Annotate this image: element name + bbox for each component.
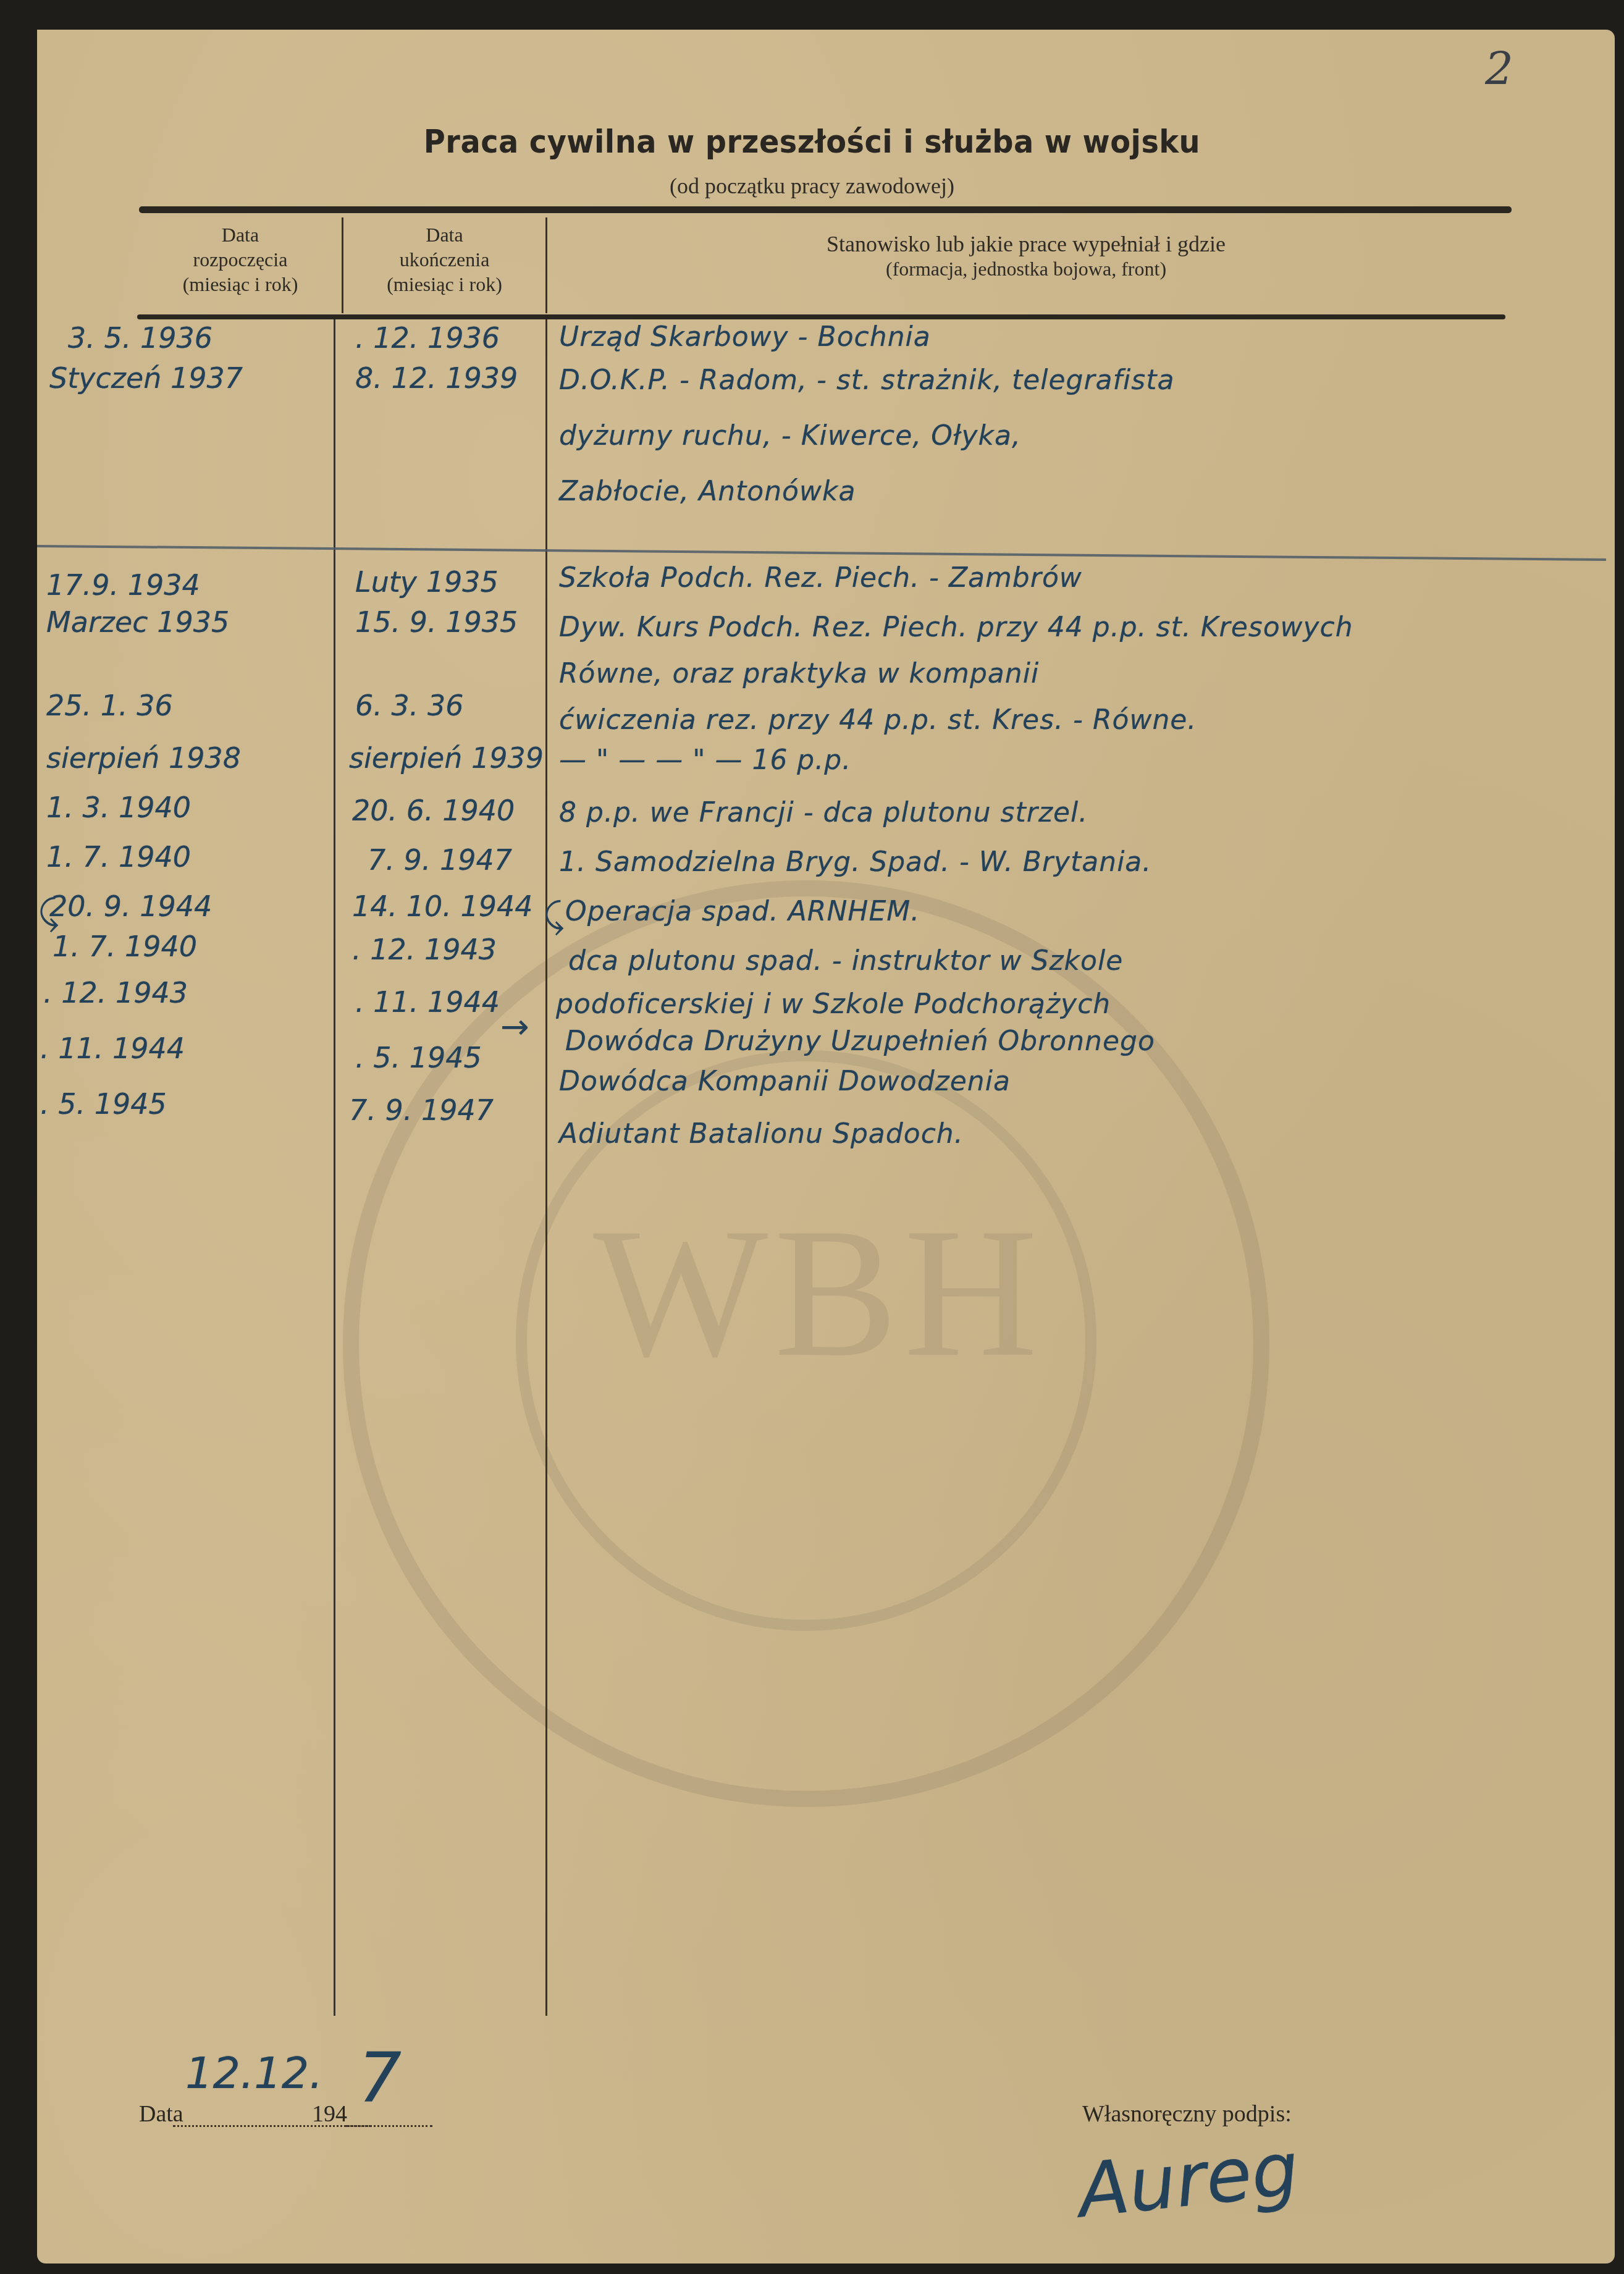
- position-description: 8 p.p. we Francji - dca plutonu strzel.: [559, 797, 1088, 828]
- header-bottom-rule: [137, 314, 1505, 319]
- start-date: . 12. 1943: [43, 976, 188, 1009]
- position-description: dyżurny ruchu, - Kiwerce, Ołyka,: [559, 420, 1021, 452]
- position-description: Adiutant Batalionu Spadoch.: [559, 1118, 964, 1150]
- start-date: . 11. 1944: [40, 1032, 185, 1065]
- pointer-arrow-icon: →: [500, 1007, 529, 1047]
- end-date: 14. 10. 1944: [352, 890, 533, 923]
- start-date: 20. 9. 1944: [49, 890, 212, 923]
- column-header-position: Stanowisko lub jakie prace wypełniał i g…: [547, 232, 1505, 281]
- column-header-line: rozpoczęcia: [139, 247, 342, 272]
- position-description: — " — — " — 16 p.p.: [559, 744, 851, 776]
- column-header-line: (miesiąc i rok): [139, 272, 342, 297]
- end-date: . 5. 1945: [355, 1041, 482, 1074]
- end-date: . 12. 1943: [352, 933, 497, 966]
- position-description: D.O.K.P. - Radom, - st. strażnik, telegr…: [559, 364, 1174, 396]
- column-header-line: Data: [343, 222, 545, 247]
- position-description: podoficerskiej i w Szkole Podchorążych: [556, 988, 1111, 1020]
- start-date: . 5. 1945: [40, 1087, 167, 1121]
- end-date: 7. 9. 1947: [349, 1093, 494, 1127]
- position-description: Dowódca Kompanii Dowodzenia: [559, 1066, 1011, 1097]
- position-description: ćwiczenia rez. przy 44 p.p. st. Kres. - …: [559, 704, 1197, 736]
- start-date: 1. 3. 1940: [46, 791, 191, 824]
- position-description: 1. Samodzielna Bryg. Spad. - W. Brytania…: [559, 846, 1151, 878]
- end-date: Luty 1935: [355, 565, 499, 599]
- end-date: 20. 6. 1940: [352, 794, 515, 827]
- date-dotted-line: [173, 2125, 432, 2127]
- page-number: 2: [1485, 43, 1513, 95]
- end-date: 15. 9. 1935: [355, 605, 518, 639]
- position-description: Urząd Skarbowy - Bochnia: [559, 321, 931, 353]
- bracket-arrow-icon: ⤹: [38, 893, 59, 933]
- date-label: Data: [139, 2100, 183, 2128]
- end-date: . 11. 1944: [355, 985, 500, 1019]
- end-date: sierpień 1939: [349, 741, 544, 775]
- position-description: Szkoła Podch. Rez. Piech. - Zambrów: [559, 562, 1082, 594]
- start-date: 1. 7. 1940: [46, 840, 191, 874]
- column-header-line: (miesiąc i rok): [343, 272, 545, 297]
- position-description: Równe, oraz praktyka w kompanii: [559, 658, 1039, 689]
- date-value: 12.12.: [185, 2048, 323, 2099]
- column-header-line: (formacja, jednostka bojowa, front): [547, 256, 1505, 281]
- start-date: 25. 1. 36: [46, 689, 173, 722]
- position-description: dca plutonu spad. - instruktor w Szkole: [568, 945, 1123, 977]
- year-prefix: 194: [312, 2100, 347, 2128]
- position-description: Dowódca Drużyny Uzupełnień Obronnego: [565, 1025, 1155, 1057]
- column-header-line: ukończenia: [343, 247, 545, 272]
- year-dotted-line: [346, 2125, 371, 2127]
- start-date: sierpień 1938: [46, 741, 241, 775]
- end-date: 6. 3. 36: [355, 689, 464, 722]
- end-date: 7. 9. 1947: [368, 843, 512, 877]
- column-divider: [334, 319, 335, 2016]
- start-date: Styczeń 1937: [49, 361, 243, 395]
- position-description: Dyw. Kurs Podch. Rez. Piech. przy 44 p.p…: [559, 612, 1353, 643]
- archive-stamp-center-text: WBH: [593, 1186, 1025, 1399]
- signature-label: Własnoręczny podpis:: [1082, 2100, 1292, 2128]
- form-subtitle: (od początku pracy zawodowej): [0, 173, 1624, 199]
- header-top-rule: [139, 206, 1512, 213]
- column-divider: [545, 319, 547, 2016]
- position-description: Operacja spad. ARNHEM.: [565, 896, 920, 927]
- column-header-line: Data: [139, 222, 342, 247]
- column-header-start-date: Data rozpoczęcia (miesiąc i rok): [139, 222, 342, 297]
- bracket-arrow-icon: ⤹: [544, 896, 565, 937]
- form-title: Praca cywilna w przeszłości i służba w w…: [65, 124, 1559, 161]
- year-suffix: 7: [358, 2039, 402, 2118]
- start-date: Marzec 1935: [46, 605, 229, 639]
- column-header-line: Stanowisko lub jakie prace wypełniał i g…: [547, 232, 1505, 256]
- end-date: . 12. 1936: [355, 321, 500, 355]
- start-date: 17.9. 1934: [46, 568, 200, 602]
- start-date: 3. 5. 1936: [68, 321, 212, 355]
- end-date: 8. 12. 1939: [355, 361, 518, 395]
- position-description: Zabłocie, Antonówka: [559, 476, 856, 507]
- start-date: 1. 7. 1940: [53, 930, 197, 963]
- column-header-end-date: Data ukończenia (miesiąc i rok): [343, 222, 545, 297]
